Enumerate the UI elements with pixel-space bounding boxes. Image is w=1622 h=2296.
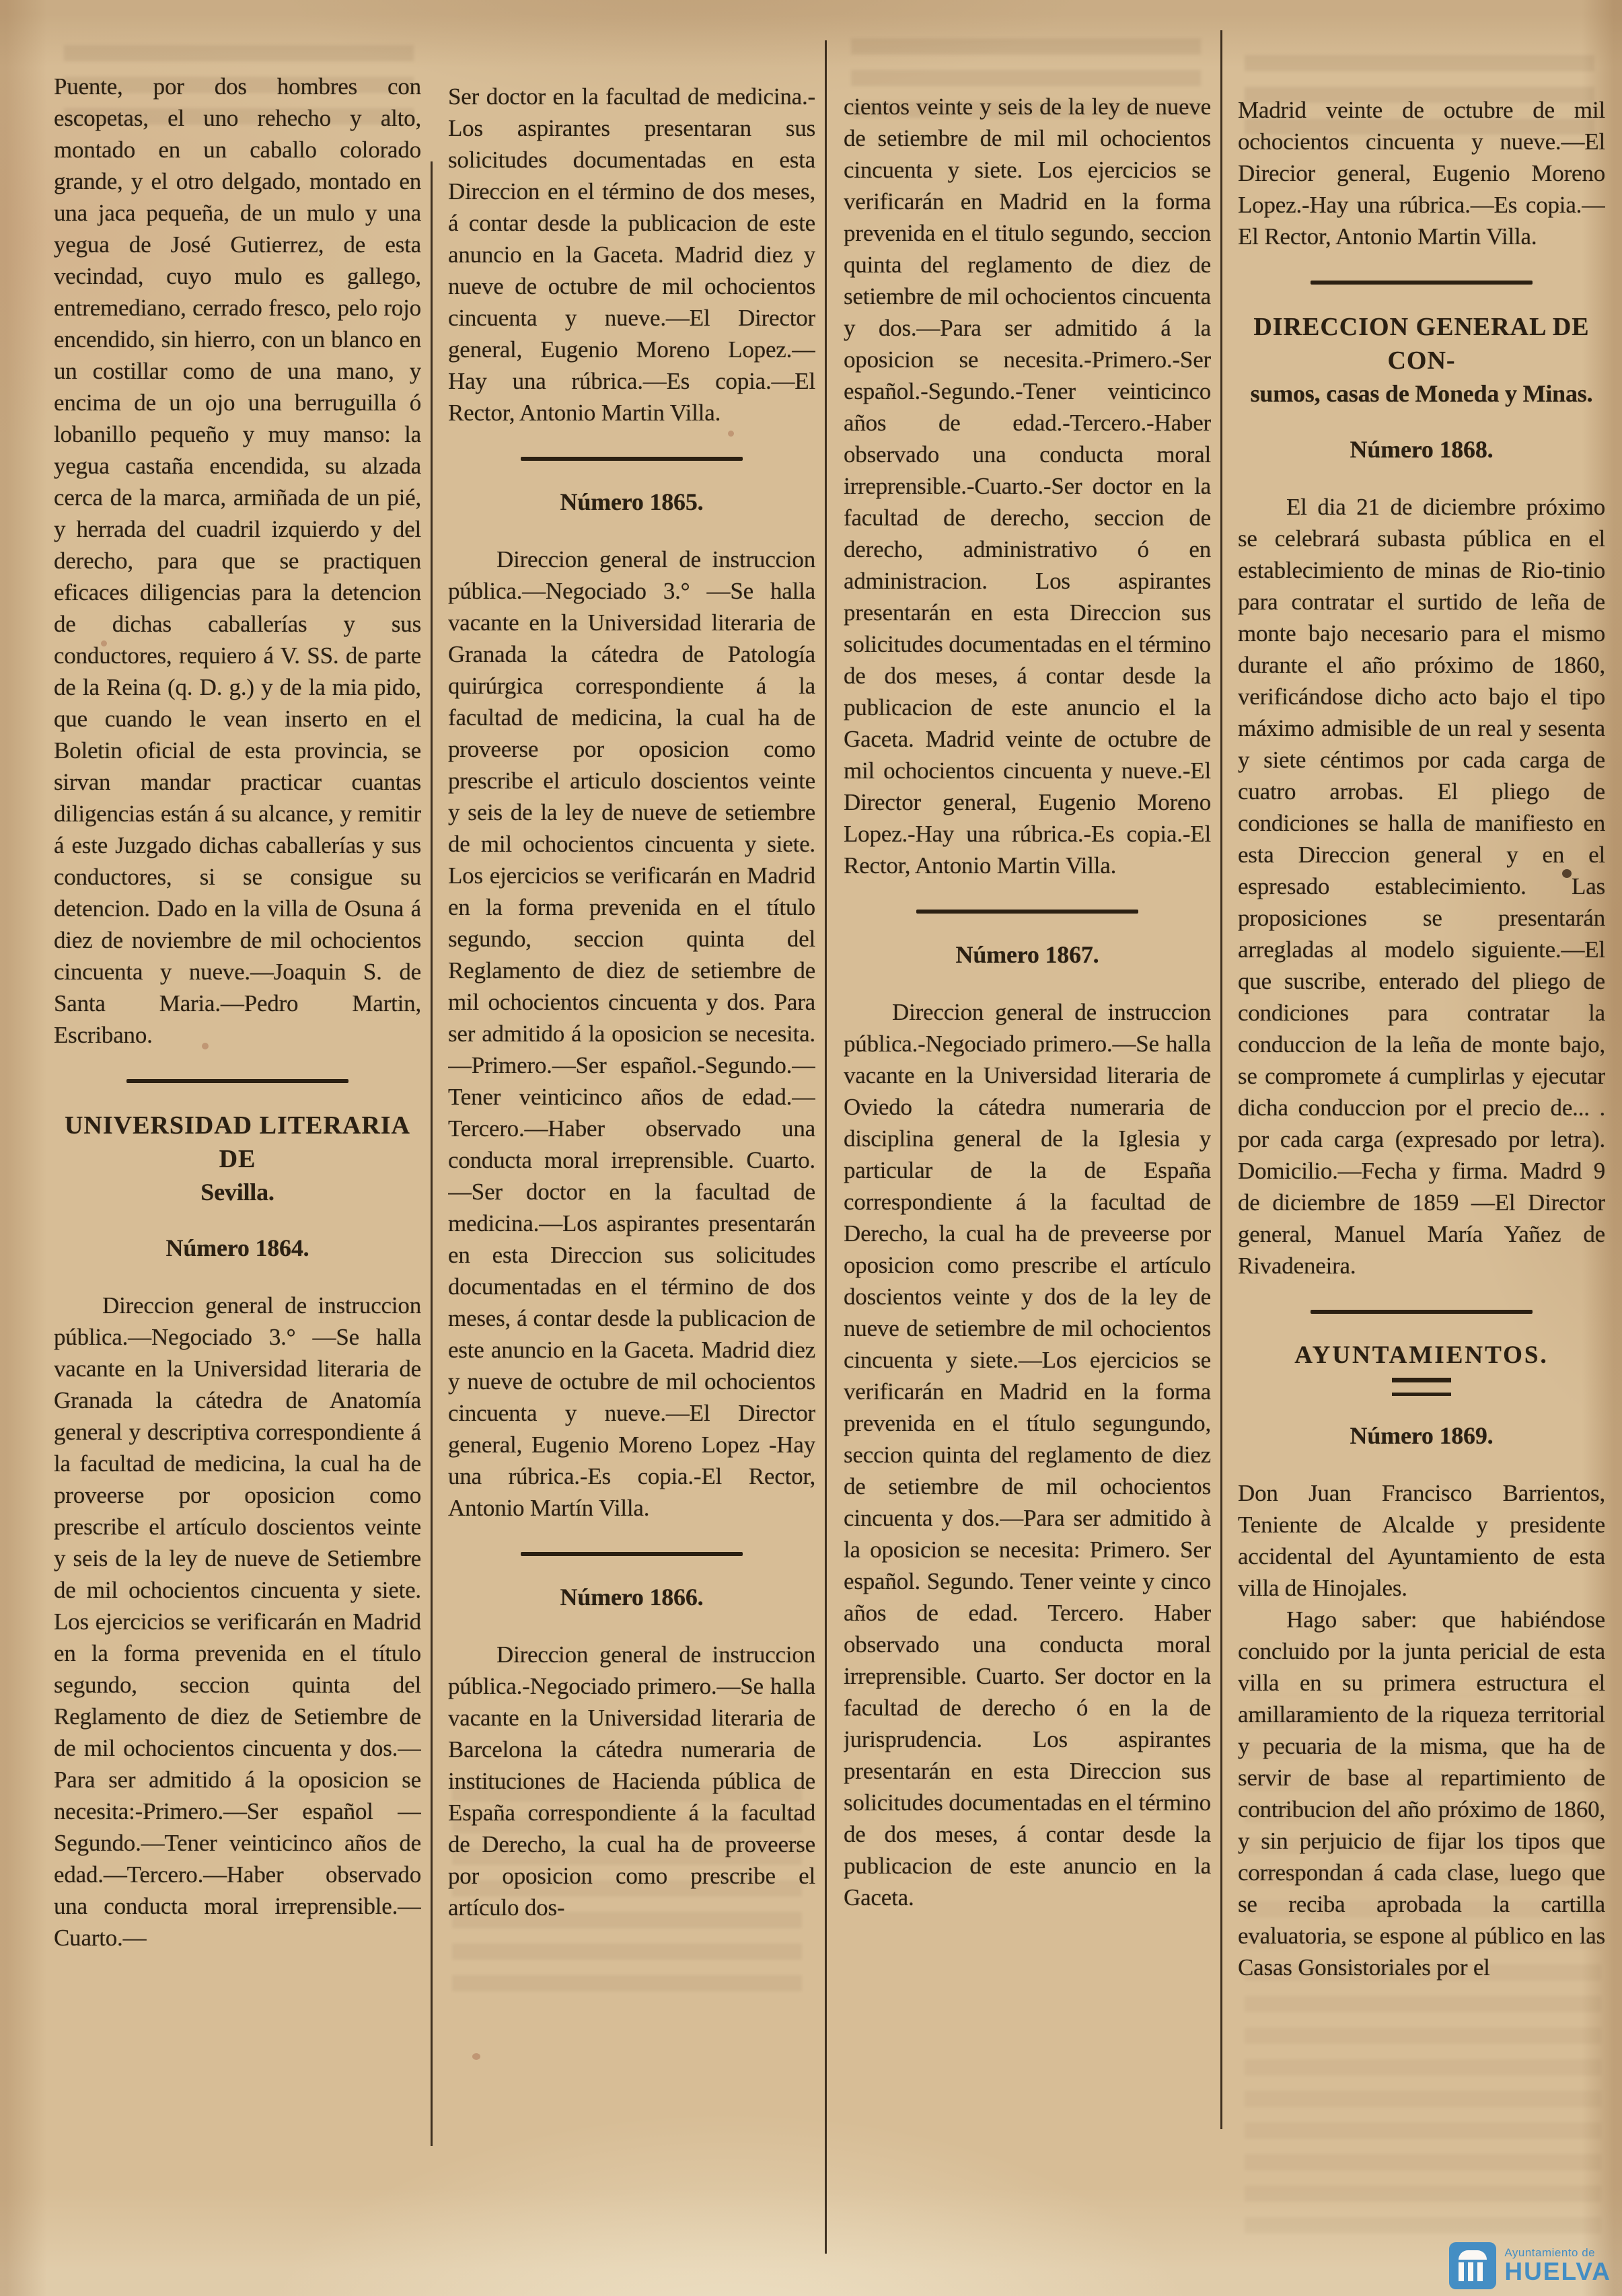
heading-line: Sevilla. bbox=[54, 1176, 421, 1208]
heading-line: DIRECCION GENERAL DE CON- bbox=[1238, 310, 1605, 377]
article-paragraph: Direccion general de instruccion pública… bbox=[448, 1639, 815, 1923]
article-paragraph: Hago saber: que habiéndose concluido por… bbox=[1238, 1604, 1605, 1983]
section-rule bbox=[126, 1079, 348, 1083]
section-rule bbox=[1311, 281, 1533, 285]
article-paragraph: Don Juan Francisco Barrientos, Teniente … bbox=[1238, 1477, 1605, 1604]
section-rule bbox=[521, 1552, 743, 1556]
item-number: Número 1867. bbox=[844, 939, 1211, 971]
watermark-org: Ayuntamiento de bbox=[1504, 2247, 1611, 2259]
logo-arch-shape bbox=[1459, 2250, 1487, 2260]
newspaper-page: Puente, por dos hombres con escopetas, e… bbox=[0, 0, 1622, 2296]
column-3: cientos veinte y seis de la ley de nueve… bbox=[844, 91, 1211, 2264]
huelva-logo-icon bbox=[1449, 2242, 1496, 2289]
section-heading: DIRECCION GENERAL DE CON- sumos, casas d… bbox=[1238, 310, 1605, 410]
column-divider bbox=[825, 40, 827, 2254]
column-divider bbox=[1220, 30, 1222, 2129]
article-paragraph: Puente, por dos hombres con escopetas, e… bbox=[54, 71, 421, 1051]
article-paragraph: Direccion general de instruccion pública… bbox=[54, 1290, 421, 1954]
logo-columns-shape bbox=[1459, 2262, 1487, 2281]
item-number: Número 1864. bbox=[54, 1232, 421, 1264]
column-1: Puente, por dos hombres con escopetas, e… bbox=[54, 71, 421, 2257]
watermark-text: Ayuntamiento de HUELVA bbox=[1504, 2247, 1611, 2285]
item-number: Número 1865. bbox=[448, 486, 815, 518]
article-paragraph: Madrid veinte de octubre de mil ochocien… bbox=[1238, 94, 1605, 252]
huelva-watermark: Ayuntamiento de HUELVA bbox=[1449, 2242, 1611, 2289]
watermark-city: HUELVA bbox=[1504, 2259, 1611, 2285]
item-number: Número 1869. bbox=[1238, 1420, 1605, 1452]
item-number: Número 1866. bbox=[448, 1582, 815, 1613]
article-paragraph: Direccion general de instruccion pública… bbox=[448, 544, 815, 1524]
section-heading: UNIVERSIDAD LITERARIA DE Sevilla. bbox=[54, 1109, 421, 1208]
column-2: Ser doctor en la facultad de medicina.-L… bbox=[448, 81, 815, 2260]
article-paragraph: cientos veinte y seis de la ley de nueve… bbox=[844, 91, 1211, 881]
column-divider bbox=[431, 161, 433, 2146]
item-number: Número 1868. bbox=[1238, 434, 1605, 466]
section-heading: AYUNTAMIENTOS. bbox=[1238, 1339, 1605, 1371]
section-rule bbox=[1311, 1310, 1533, 1314]
column-4: Madrid veinte de octubre de mil ochocien… bbox=[1238, 94, 1605, 2267]
heading-ornament bbox=[1392, 1378, 1451, 1396]
heading-line: sumos, casas de Moneda y Minas. bbox=[1238, 377, 1605, 410]
section-rule bbox=[521, 457, 743, 461]
article-paragraph: El dia 21 de diciembre próximo se celebr… bbox=[1238, 491, 1605, 1282]
article-paragraph: Direccion general de instruccion pública… bbox=[844, 996, 1211, 1913]
heading-line: UNIVERSIDAD LITERARIA DE bbox=[54, 1109, 421, 1176]
section-rule bbox=[916, 910, 1138, 914]
article-paragraph: Ser doctor en la facultad de medicina.-L… bbox=[448, 81, 815, 429]
